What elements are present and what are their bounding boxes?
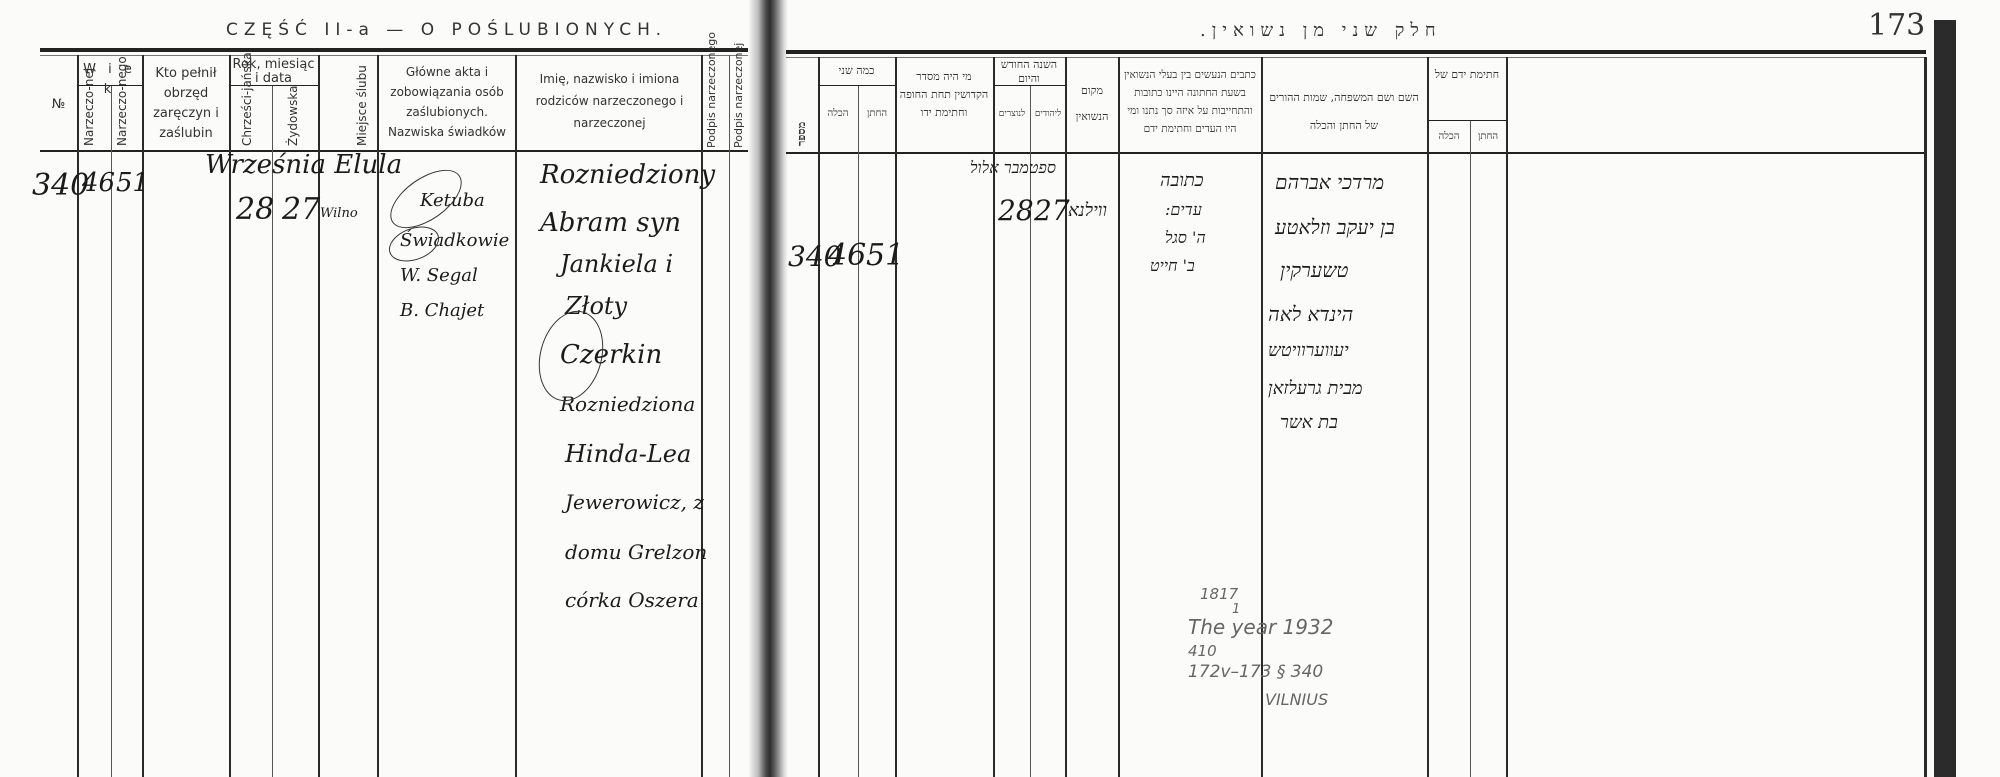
header-names-he: השם ושם המשפחה, שמות ההורים של החתן והכל… xyxy=(1265,84,1423,140)
archive-note-line: 172v–173 § 340 xyxy=(1188,662,1323,682)
archive-note-line: 1817 xyxy=(1200,585,1238,603)
header-officiant: Kto pełnił obrzęd zaręczyn i zaślubin xyxy=(146,64,226,144)
header-place-he: מקום הנשואין xyxy=(1068,78,1116,130)
top-rule-right-thin xyxy=(786,57,1926,58)
col-divider xyxy=(1030,85,1031,777)
entry-date-civil-he: 28 xyxy=(998,194,1034,227)
entry-date-jewish: 27 xyxy=(282,192,320,227)
entry-date-month-he: ספטמבר אלול xyxy=(970,158,1056,178)
acts-line-he: ב' חייט xyxy=(1150,256,1195,276)
subheader-rule xyxy=(1427,120,1506,121)
col-divider xyxy=(142,55,144,777)
name-line: córka Oszera xyxy=(565,588,699,612)
name-line: Abram syn xyxy=(540,208,681,238)
entry-place: Wilno xyxy=(320,206,358,221)
col-divider xyxy=(77,55,79,777)
name-line: domu Grelzon xyxy=(565,540,707,564)
name-line: Rozniedziony xyxy=(540,160,715,190)
header-age-groom-he: החתן xyxy=(860,105,894,123)
header-date-christian: Chrześci-jańska xyxy=(240,90,254,146)
header-date-civil-he: לנוצרים xyxy=(995,105,1029,123)
top-rule-left-thin xyxy=(40,55,752,56)
name-line: Jewerowicz, z xyxy=(565,490,704,514)
name-line: Jankiela i xyxy=(560,250,673,278)
col-divider xyxy=(895,57,897,777)
page-number: 173 xyxy=(1868,8,1925,43)
header-date-he: השנה החודש והיום xyxy=(993,58,1065,86)
header-rule-right xyxy=(786,152,1926,154)
witness-line: B. Chajet xyxy=(400,300,484,321)
col-divider xyxy=(1506,57,1508,777)
name-line: Hinda-Lea xyxy=(565,440,691,468)
right-page-title: חלק שני מן נשואין. xyxy=(1200,20,1441,41)
witness-line: W. Segal xyxy=(400,265,478,286)
name-line-he: יעווערוויטש xyxy=(1268,340,1349,361)
header-age-groom: Narzeczo-nego xyxy=(115,88,129,146)
header-names: Imię, nazwisko i imiona rodziców narzecz… xyxy=(522,68,697,134)
col-divider xyxy=(1118,57,1120,777)
entry-place-he: ווילנא xyxy=(1068,200,1107,221)
col-divider xyxy=(272,85,273,777)
top-rule-left xyxy=(40,48,752,52)
page-border xyxy=(1924,57,1927,777)
name-line-he: בן יעקב וזלאטע xyxy=(1275,215,1395,240)
header-sign-bride-he: הכלה xyxy=(1429,128,1469,146)
header-sign-bride: Podpis narzeczonej xyxy=(733,60,744,148)
archive-note-line: VILNIUS xyxy=(1265,690,1328,709)
header-place: Miejsce ślubu xyxy=(355,62,369,146)
name-line-he: בת אשר xyxy=(1280,412,1338,433)
header-signature-he: חתימת ידם של xyxy=(1430,66,1504,84)
col-divider xyxy=(729,55,730,777)
entry-number: 340 xyxy=(32,168,89,203)
entry-age-bride: 46 xyxy=(82,168,115,198)
acts-line-he: ה' סגל xyxy=(1165,228,1206,248)
header-date-jewish-he: ליהודים xyxy=(1031,105,1065,123)
entry-date-christian: 28 xyxy=(236,192,274,227)
name-line-he: מבית גרעלזאן xyxy=(1268,378,1363,399)
header-officiant-he: מי היה מסדר הקדושין תחת החופה וחתימת ידו xyxy=(898,68,990,122)
entry-date-month: Września Elula xyxy=(205,150,402,180)
entry-age-groom-he: 51 xyxy=(866,238,904,273)
header-age-he: כמה שני xyxy=(818,62,895,80)
header-date-jewish: Żydowska xyxy=(286,90,300,146)
entry-age-bride-he: 46 xyxy=(828,238,866,273)
header-sign-groom-he: החתן xyxy=(1471,128,1505,146)
col-divider xyxy=(1065,57,1067,777)
archive-note-line: 410 xyxy=(1188,642,1217,660)
col-divider xyxy=(515,55,517,777)
entry-age-groom: 51 xyxy=(116,168,149,198)
col-divider xyxy=(1427,57,1429,777)
acts-line-he: כתובה xyxy=(1160,170,1204,191)
name-line-he: מרדכי אברהם xyxy=(1275,170,1384,195)
archive-note-line: The year 1932 xyxy=(1188,615,1333,639)
top-rule-right xyxy=(786,50,1926,54)
acts-line-he: עדים: xyxy=(1165,200,1202,220)
col-divider xyxy=(1470,120,1471,777)
header-acts-he: כתבים הנעשים בין בעלי הנשואין בשעת החתונ… xyxy=(1122,66,1258,138)
entry-date-jewish-he: 27 xyxy=(1034,194,1070,227)
left-page-title: CZĘŚĆ II-a — O POŚLUBIONYCH. xyxy=(226,20,667,40)
header-age-bride: Narzeczo-nej xyxy=(82,88,96,146)
book-edge-shadow xyxy=(1934,20,1956,777)
col-divider xyxy=(818,57,820,777)
header-number-he: מספר xyxy=(795,62,809,146)
subheader-rule xyxy=(818,85,895,86)
flourish-decoration xyxy=(384,220,444,268)
name-line-he: טשערקין xyxy=(1280,258,1348,283)
col-divider xyxy=(858,85,859,777)
header-number: № xyxy=(40,95,77,115)
name-line-he: הינדא לאה xyxy=(1268,302,1353,327)
header-acts-witnesses: Główne akta i zobowiązania osób zaślubio… xyxy=(382,62,512,142)
book-spine xyxy=(748,0,788,777)
header-sign-groom: Podpis narzeczonego xyxy=(706,60,717,148)
header-age-bride-he: הכלה xyxy=(820,105,856,123)
